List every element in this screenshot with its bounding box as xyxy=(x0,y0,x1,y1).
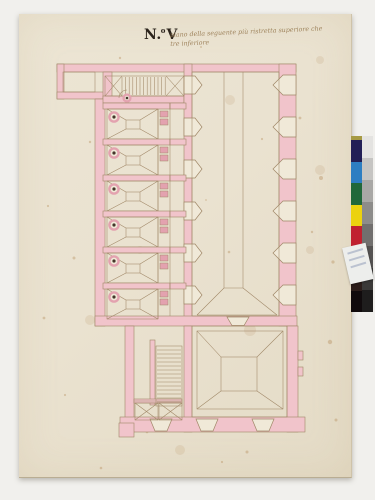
archive-photo: N.oV piano della seguente più ristretta … xyxy=(0,0,375,500)
gray-patch xyxy=(362,290,373,312)
title-abbr: N. xyxy=(144,27,162,43)
color-patch xyxy=(351,140,362,162)
gray-patch xyxy=(362,136,373,158)
gray-patch xyxy=(362,158,373,180)
color-patch xyxy=(351,291,362,313)
gray-patch xyxy=(362,202,373,224)
color-patch xyxy=(351,205,362,227)
color-patch xyxy=(351,183,362,205)
calibration-grays xyxy=(362,136,373,312)
color-patch xyxy=(351,162,362,184)
calibration-bar xyxy=(351,136,373,312)
calibration-colors xyxy=(351,136,362,312)
gray-patch xyxy=(362,180,373,202)
drawing-sheet xyxy=(19,14,352,478)
